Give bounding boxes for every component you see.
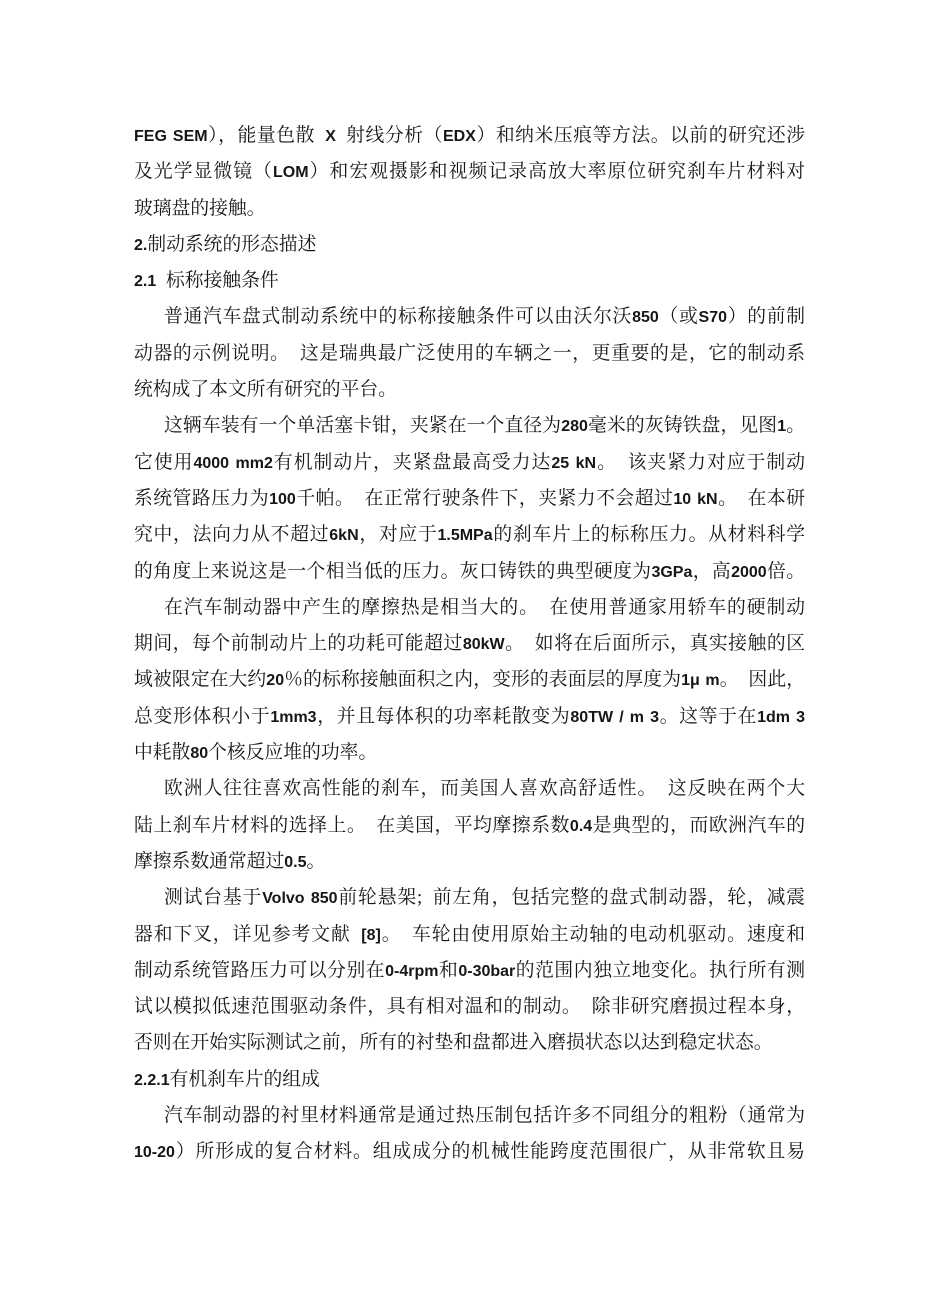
latin-text-run: Volvo 850: [262, 890, 337, 907]
latin-text-run: 10 kN: [673, 491, 717, 508]
latin-text-run: FEG SEM: [134, 128, 208, 145]
cjk-text-run: 前轮悬架; 前左角，包括完整的盘式制动器，轮，减震: [338, 887, 805, 908]
latin-text-run: 3GPa: [651, 564, 692, 581]
latin-text-run: 0.5: [284, 854, 306, 871]
text-line: 在汽车制动器中产生的摩擦热是相当大的。 在使用普通家用轿车的硬制动: [134, 590, 805, 626]
latin-text-run: 2.1: [134, 273, 156, 290]
cjk-text-run: 测试台基于: [164, 887, 262, 908]
heading-line: 2.制动系统的形态描述: [134, 227, 805, 263]
text-line: 统构成了本文所有研究的平台。: [134, 372, 805, 408]
latin-text-run: 1: [777, 418, 786, 435]
text-line: 陆上刹车片材料的选择上。 在美国，平均摩擦系数0.4是典型的，而欧洲汽车的: [134, 808, 805, 844]
cjk-text-run: 普通汽车盘式制动系统中的标称接触条件可以由沃尔沃: [164, 306, 632, 327]
cjk-text-run: 的刹车片上的标称压力。从材料科学: [493, 524, 805, 545]
cjk-text-run: 和: [438, 960, 458, 981]
latin-text-run: 0.4: [570, 818, 592, 835]
latin-text-run: 80TW / m 3: [570, 709, 659, 726]
cjk-text-run: 。 该夹紧力对应于制动: [596, 452, 805, 473]
cjk-text-run: ，对应于: [359, 524, 438, 545]
text-line: 系统管路压力为100千帕。 在正常行驶条件下，夹紧力不会超过10 kN。 在本研: [134, 481, 805, 517]
cjk-text-run: 摩擦系数通常超过: [134, 851, 284, 872]
cjk-text-run: 这辆车装有一个单活塞卡钳，夹紧在一个直径为: [164, 415, 561, 436]
cjk-text-run: 。 车轮由使用原始主动轴的电动机驱动。速度和: [381, 924, 805, 945]
latin-text-run: 2.2.1: [134, 1072, 170, 1089]
cjk-text-run: 毫米的灰铸铁盘，见图: [588, 415, 777, 436]
cjk-text-run: 个核反应堆的功率。: [208, 742, 377, 763]
text-line: 普通汽车盘式制动系统中的标称接触条件可以由沃尔沃850（或S70）的前制: [134, 299, 805, 335]
latin-text-run: 10-20: [134, 1144, 175, 1161]
latin-text-run: 2.: [134, 237, 147, 254]
cjk-text-run: ）和宏观摄影和视频记录高放大率原位研究刹车片材料对: [309, 161, 805, 182]
latin-text-run: LOM: [273, 164, 309, 181]
page-body: FEG SEM），能量色散 X 射线分析（EDX）和纳米压痕等方法。以前的研究还…: [134, 118, 805, 1171]
cjk-text-run: 有机制动片，夹紧盘最高受力达: [273, 452, 551, 473]
latin-text-run: 20: [266, 672, 284, 689]
text-line: 的角度上来说这是一个相当低的压力。灰口铸铁的典型硬度为3GPa，高2000倍。: [134, 554, 805, 590]
latin-text-run: [8]: [361, 927, 381, 944]
cjk-text-run: 统构成了本文所有研究的平台。: [134, 379, 397, 400]
heading-line: 2.2.1有机刹车片的组成: [134, 1062, 805, 1098]
cjk-text-run: 射线分析（: [336, 125, 443, 146]
cjk-text-run: ，并且每体积的功率耗散变为: [317, 706, 571, 727]
latin-text-run: 80kW: [463, 636, 505, 653]
cjk-text-run: 有机刹车片的组成: [170, 1069, 320, 1090]
text-line: 玻璃盘的接触。: [134, 191, 805, 227]
cjk-text-run: 域被限定在大约: [134, 669, 266, 690]
cjk-text-run: 它使用: [134, 452, 193, 473]
latin-text-run: 1μ m: [681, 672, 719, 689]
text-line: 中耗散80个核反应堆的功率。: [134, 735, 805, 771]
text-line: 10-20）所形成的复合材料。组成成分的机械性能跨度范围很广，从非常软且易: [134, 1134, 805, 1170]
latin-text-run: 100: [269, 491, 296, 508]
cjk-text-run: 及光学显微镜（: [134, 161, 273, 182]
text-line: 究中，法向力从不超过6kN，对应于1.5MPa的刹车片上的标称压力。从材料科学: [134, 517, 805, 553]
latin-text-run: 0-4rpm: [385, 963, 438, 980]
cjk-text-run: 。这等于在: [659, 706, 757, 727]
latin-text-run: 0-30bar: [458, 963, 515, 980]
latin-text-run: 4000 mm2: [193, 455, 272, 472]
latin-text-run: 1mm3: [270, 709, 316, 726]
cjk-text-run: 总变形体积小于: [134, 706, 270, 727]
latin-text-run: 25 kN: [551, 455, 596, 472]
latin-text-run: EDX: [443, 128, 476, 145]
cjk-text-run: 在汽车制动器中产生的摩擦热是相当大的。 在使用普通家用轿车的硬制动: [164, 597, 805, 618]
cjk-text-run: 玻璃盘的接触。: [134, 198, 265, 219]
cjk-text-run: 究中，法向力从不超过: [134, 524, 329, 545]
cjk-text-run: 系统管路压力为: [134, 488, 269, 509]
text-line: 这辆车装有一个单活塞卡钳，夹紧在一个直径为280毫米的灰铸铁盘，见图1。: [134, 408, 805, 444]
text-line: 测试台基于Volvo 850前轮悬架; 前左角，包括完整的盘式制动器，轮，减震: [134, 880, 805, 916]
latin-text-run: X: [325, 128, 336, 145]
heading-line: 2.1 标称接触条件: [134, 263, 805, 299]
cjk-text-run: 制动系统管路压力可以分别在: [134, 960, 385, 981]
cjk-text-run: 否则在开始实际测试之前，所有的衬垫和盘都进入磨损状态以达到稳定状态。: [134, 1032, 773, 1053]
cjk-text-run: 陆上刹车片材料的选择上。 在美国，平均摩擦系数: [134, 815, 570, 836]
cjk-text-run: 是典型的，而欧洲汽车的: [592, 815, 805, 836]
cjk-text-run: 制动系统的形态描述: [147, 234, 316, 255]
cjk-text-run: ）所形成的复合材料。组成成分的机械性能跨度范围很广，从非常软且易: [175, 1141, 805, 1162]
text-line: 域被限定在大约20％的标称接触面积之内，变形的表面层的厚度为1μ m。 因此，: [134, 662, 805, 698]
cjk-text-run: 标称接触条件: [156, 270, 278, 291]
latin-text-run: 1.5MPa: [437, 527, 492, 544]
cjk-text-run: 期间，每个前制动片上的功耗可能超过: [134, 633, 463, 654]
cjk-text-run: 。: [786, 415, 805, 436]
text-line: 及光学显微镜（LOM）和宏观摄影和视频记录高放大率原位研究刹车片材料对: [134, 154, 805, 190]
text-line: FEG SEM），能量色散 X 射线分析（EDX）和纳米压痕等方法。以前的研究还…: [134, 118, 805, 154]
cjk-text-run: 试以模拟低速范围驱动条件，具有相对温和的制动。 除非研究磨损过程本身，: [134, 996, 805, 1017]
cjk-text-run: 汽车制动器的衬里材料通常是通过热压制包括许多不同组分的粗粉（通常为: [164, 1105, 805, 1126]
text-line: 总变形体积小于1mm3，并且每体积的功率耗散变为80TW / m 3。这等于在1…: [134, 699, 805, 735]
latin-text-run: S70: [699, 309, 727, 326]
cjk-text-run: 倍。: [767, 561, 805, 582]
text-line: 器和下叉，详见参考文献 [8]。 车轮由使用原始主动轴的电动机驱动。速度和: [134, 917, 805, 953]
cjk-text-run: 千帕。 在正常行驶条件下，夹紧力不会超过: [296, 488, 674, 509]
cjk-text-run: （或: [659, 306, 699, 327]
text-line: 动器的示例说明。 这是瑞典最广泛使用的车辆之一，更重要的是，它的制动系: [134, 336, 805, 372]
cjk-text-run: ）的前制: [727, 306, 805, 327]
latin-text-run: 80: [190, 745, 208, 762]
text-line: 期间，每个前制动片上的功耗可能超过80kW。 如将在后面所示，真实接触的区: [134, 626, 805, 662]
text-line: 制动系统管路压力可以分别在0-4rpm和0-30bar的范围内独立地变化。执行所…: [134, 953, 805, 989]
cjk-text-run: 。 因此，: [720, 669, 805, 690]
latin-text-run: 2000: [731, 564, 767, 581]
latin-text-run: 6kN: [329, 527, 358, 544]
cjk-text-run: 。: [307, 851, 326, 872]
text-line: 欧洲人往往喜欢高性能的刹车，而美国人喜欢高舒适性。 这反映在两个大: [134, 771, 805, 807]
text-line: 汽车制动器的衬里材料通常是通过热压制包括许多不同组分的粗粉（通常为: [134, 1098, 805, 1134]
text-line: 否则在开始实际测试之前，所有的衬垫和盘都进入磨损状态以达到稳定状态。: [134, 1025, 805, 1061]
latin-text-run: 280: [561, 418, 588, 435]
cjk-text-run: 的范围内独立地变化。执行所有测: [515, 960, 805, 981]
cjk-text-run: 欧洲人往往喜欢高性能的刹车，而美国人喜欢高舒适性。 这反映在两个大: [164, 778, 805, 799]
cjk-text-run: 动器的示例说明。 这是瑞典最广泛使用的车辆之一，更重要的是，它的制动系: [134, 343, 805, 364]
cjk-text-run: ，高: [692, 561, 731, 582]
text-line: 它使用4000 mm2有机制动片，夹紧盘最高受力达25 kN。 该夹紧力对应于制…: [134, 445, 805, 481]
text-line: 试以模拟低速范围驱动条件，具有相对温和的制动。 除非研究磨损过程本身，: [134, 989, 805, 1025]
cjk-text-run: 器和下叉，详见参考文献: [134, 924, 361, 945]
cjk-text-run: ％的标称接触面积之内，变形的表面层的厚度为: [284, 669, 681, 690]
cjk-text-run: ）和纳米压痕等方法。以前的研究还涉: [476, 125, 805, 146]
cjk-text-run: 。 在本研: [718, 488, 805, 509]
text-line: 摩擦系数通常超过0.5。: [134, 844, 805, 880]
latin-text-run: 1dm 3: [757, 709, 805, 726]
cjk-text-run: 的角度上来说这是一个相当低的压力。灰口铸铁的典型硬度为: [134, 561, 651, 582]
cjk-text-run: 中耗散: [134, 742, 190, 763]
cjk-text-run: 。 如将在后面所示，真实接触的区: [505, 633, 805, 654]
document-page: { "page": { "background": "#ffffff", "te…: [0, 0, 925, 1309]
cjk-text-run: ），能量色散: [208, 125, 326, 146]
latin-text-run: 850: [632, 309, 659, 326]
